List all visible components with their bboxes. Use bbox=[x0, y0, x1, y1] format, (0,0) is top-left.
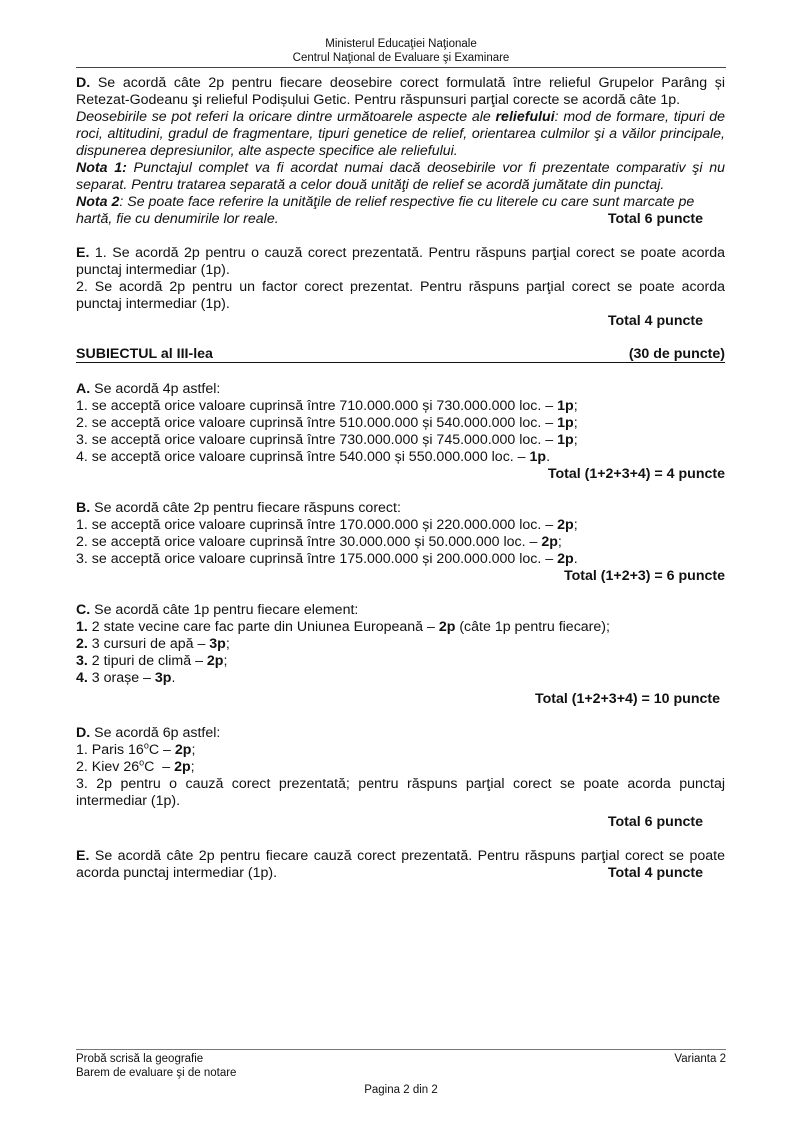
list-item: 2. 3 cursuri de apă – 3p; bbox=[76, 636, 725, 653]
list-item: 1. se acceptă orice valoare cuprinsă înt… bbox=[76, 398, 725, 415]
points-value: 1p bbox=[557, 415, 574, 431]
section-title: SUBIECTUL al III-lea bbox=[76, 347, 213, 362]
criteria-list: 1. 2 state vecine care fac parte din Uni… bbox=[76, 619, 725, 687]
document-type: Barem de evaluare şi de notare bbox=[76, 1066, 726, 1080]
list-item: 1. 2 state vecine care fac parte din Uni… bbox=[76, 619, 725, 636]
item-label: D. bbox=[76, 75, 90, 91]
list-item: 2. se acceptă orice valoare cuprinsă înt… bbox=[76, 534, 725, 551]
list-item: 3. se acceptă orice valoare cuprinsă înt… bbox=[76, 432, 725, 449]
points-value: 1p bbox=[557, 398, 574, 414]
list-item: 3. 2p pentru o cauză corect prezentată; … bbox=[76, 776, 725, 810]
points-value: 2p bbox=[541, 534, 558, 550]
item-number: 1. bbox=[76, 619, 88, 635]
criteria-list: 1. se acceptă orice valoare cuprinsă înt… bbox=[76, 517, 725, 568]
ministry-name: Ministerul Educaţiei Naţionale bbox=[76, 38, 726, 52]
points-value: 1p bbox=[557, 432, 574, 448]
item-2d: D. Se acordă câte 2p pentru fiecare deos… bbox=[76, 75, 725, 228]
points-value: 3p bbox=[155, 670, 172, 686]
points-value: 2p bbox=[557, 551, 574, 567]
points-value: 2p bbox=[207, 653, 224, 669]
item-3c: C. Se acordă câte 1p pentru fiecare elem… bbox=[76, 602, 725, 708]
total: Total 6 puncte bbox=[76, 814, 725, 831]
item-2e: E. 1. Se acordă 2p pentru o cauză corect… bbox=[76, 245, 725, 330]
nota-1: Nota 1: Punctajul complet va fi acordat … bbox=[76, 160, 725, 194]
list-item: 3. 2 tipuri de climă – 2p; bbox=[76, 653, 725, 670]
nota-2: Nota 2: Se poate face referire la unităţ… bbox=[76, 194, 725, 228]
total: Total 4 puncte bbox=[608, 865, 725, 882]
list-item: 2. se acceptă orice valoare cuprinsă înt… bbox=[76, 415, 725, 432]
total: Total (1+2+3+4) = 10 puncte bbox=[76, 691, 725, 708]
criteria-list: 1. se acceptă orice valoare cuprinsă înt… bbox=[76, 398, 725, 466]
exam-subject: Probă scrisă la geografie bbox=[76, 1052, 203, 1066]
total: Total (1+2+3) = 6 puncte bbox=[76, 568, 725, 585]
points-value: 2p bbox=[557, 517, 574, 533]
page-footer: Probă scrisă la geografie Varianta 2 Bar… bbox=[76, 1049, 726, 1097]
item-3a: A. Se acordă 4p astfel: 1. se acceptă or… bbox=[76, 381, 725, 483]
item-3d: D. Se acordă 6p astfel: 1. Paris 16oC – … bbox=[76, 725, 725, 831]
item-3e: E. Se acordă câte 2p pentru fiecare cauz… bbox=[76, 848, 725, 882]
points-value: 3p bbox=[209, 636, 226, 652]
page-header: Ministerul Educaţiei Naţionale Centrul N… bbox=[76, 38, 726, 68]
list-item: 4. 3 orașe – 3p. bbox=[76, 670, 725, 687]
points-value: 1p bbox=[530, 449, 547, 465]
list-item: 1. Paris 16oC – 2p; bbox=[76, 742, 725, 759]
total: Total 6 puncte bbox=[608, 211, 725, 228]
list-item: 1. se acceptă orice valoare cuprinsă înt… bbox=[76, 517, 725, 534]
list-item: 3. se acceptă orice valoare cuprinsă înt… bbox=[76, 551, 725, 568]
points-value: 2p bbox=[439, 619, 456, 635]
item-3b: B. Se acordă câte 2p pentru fiecare răsp… bbox=[76, 500, 725, 585]
item-number: 2. bbox=[76, 636, 88, 652]
document-body: D. Se acordă câte 2p pentru fiecare deos… bbox=[76, 75, 725, 899]
section-points: (30 de puncte) bbox=[629, 347, 725, 362]
exam-variant: Varianta 2 bbox=[674, 1052, 726, 1066]
total: Total 4 puncte bbox=[76, 313, 725, 330]
item-number: 4. bbox=[76, 670, 88, 686]
item-number: 3. bbox=[76, 653, 88, 669]
page-number: Pagina 2 din 2 bbox=[76, 1083, 726, 1097]
center-name: Centrul Naţional de Evaluare şi Examinar… bbox=[76, 52, 726, 66]
list-item: 4. se acceptă orice valoare cuprinsă înt… bbox=[76, 449, 725, 466]
list-item: 2. Kiev 26oC – 2p; bbox=[76, 759, 725, 776]
section-header: SUBIECTUL al III-lea (30 de puncte) bbox=[76, 347, 725, 363]
total: Total (1+2+3+4) = 4 puncte bbox=[76, 466, 725, 483]
